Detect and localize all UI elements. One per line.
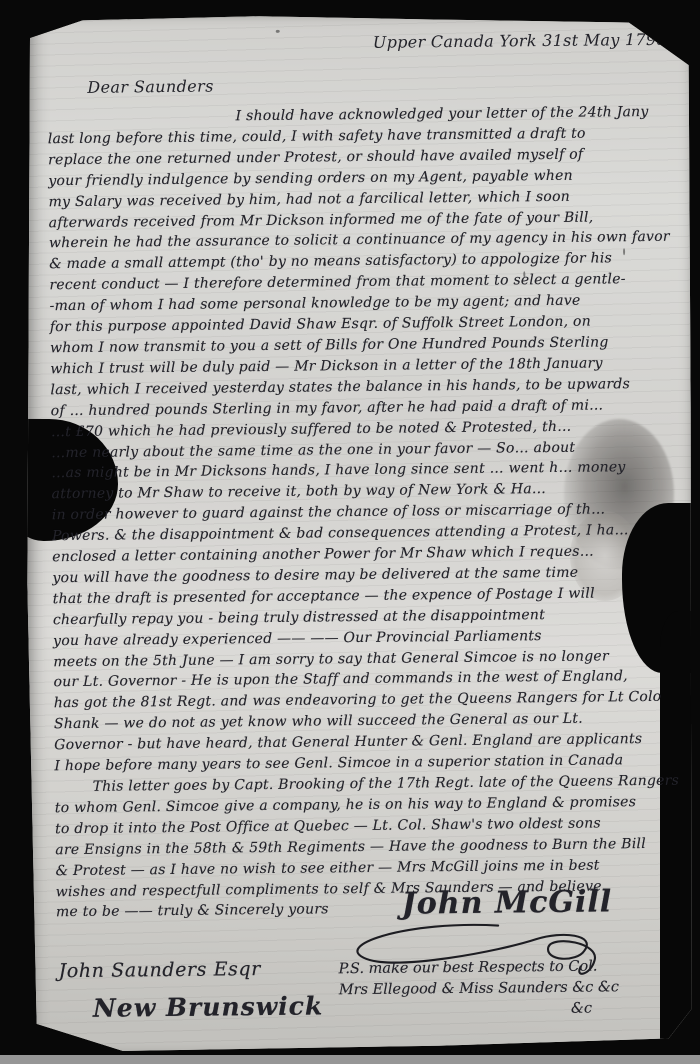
- recipient-place: New Brunswick: [93, 991, 324, 1022]
- scan-background: Upper Canada York 31st May 1798 Dear Sau…: [0, 0, 700, 1064]
- ink-fleck: [623, 248, 625, 255]
- letter-paper: Upper Canada York 31st May 1798 Dear Sau…: [26, 11, 692, 1053]
- postscript-block: P.S. make our best Respects to Col.Mrs E…: [338, 956, 619, 1022]
- letter-dateline: Upper Canada York 31st May 1798: [373, 30, 667, 52]
- postscript-line: Mrs Ellegood & Miss Saunders &c &c: [339, 977, 619, 1001]
- recipient-name: John Saunders Esqr: [58, 957, 322, 982]
- postscript-line: P.S. make our best Respects to Col.: [338, 956, 618, 980]
- postscript-line: &c: [339, 998, 619, 1022]
- address-block: John Saunders Esqr New Brunswick: [58, 957, 323, 1023]
- ink-fleck: [523, 271, 525, 277]
- scanner-bed-strip: [0, 1055, 700, 1064]
- ink-fleck: [276, 30, 280, 33]
- letter-salutation: Dear Saunders: [87, 76, 214, 96]
- ink-fleck: [323, 261, 326, 266]
- letter-body: I should have acknowledged your letter o…: [48, 102, 677, 924]
- letter-content: Upper Canada York 31st May 1798 Dear Sau…: [21, 8, 698, 1057]
